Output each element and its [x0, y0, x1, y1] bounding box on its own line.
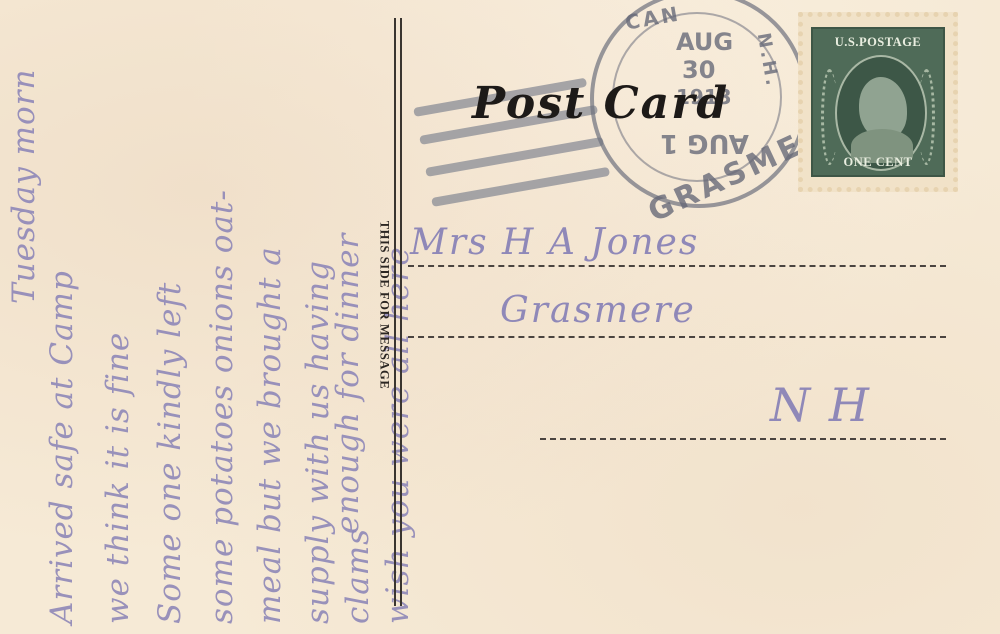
address-line	[408, 336, 946, 338]
portrait-oval	[835, 55, 927, 171]
recipient-name: Mrs H A Jones	[410, 222, 699, 263]
message-side-label: THIS SIDE FOR MESSAGE	[377, 221, 392, 390]
message-line: Tuesday morn	[6, 69, 42, 304]
stamp-body: U.S.POSTAGE ONE CENT	[811, 27, 945, 177]
postage-stamp: U.S.POSTAGE ONE CENT	[798, 12, 958, 192]
message-line: Arrived safe at Camp	[44, 270, 80, 624]
postcard-title: Post Card	[472, 78, 729, 129]
divider-line	[400, 18, 402, 606]
recipient-state: N H	[770, 378, 871, 432]
postcard-back: Tuesday morn Arrived safe at Camp we thi…	[0, 0, 1000, 634]
recipient-town: Grasmere	[500, 290, 696, 331]
message-line: some potatoes onions oat-	[204, 189, 240, 624]
cancellation-bar	[425, 137, 604, 177]
address-line	[408, 265, 946, 267]
handwritten-message: Tuesday morn Arrived safe at Camp we thi…	[0, 0, 400, 634]
divider-line	[394, 18, 396, 606]
postmark-month: AUG	[676, 28, 733, 56]
cancellation-bar	[431, 167, 610, 207]
message-line: Some one kindly left	[152, 282, 188, 624]
address-line	[540, 438, 946, 440]
message-line: meal but we brought a	[252, 246, 288, 624]
message-line: clams	[340, 528, 376, 624]
stamp-top-text: U.S.POSTAGE	[813, 35, 943, 50]
message-line: we think it is fine	[100, 332, 136, 624]
message-line: enough for dinner	[330, 233, 366, 534]
stamp-denomination: ONE CENT	[813, 155, 943, 170]
